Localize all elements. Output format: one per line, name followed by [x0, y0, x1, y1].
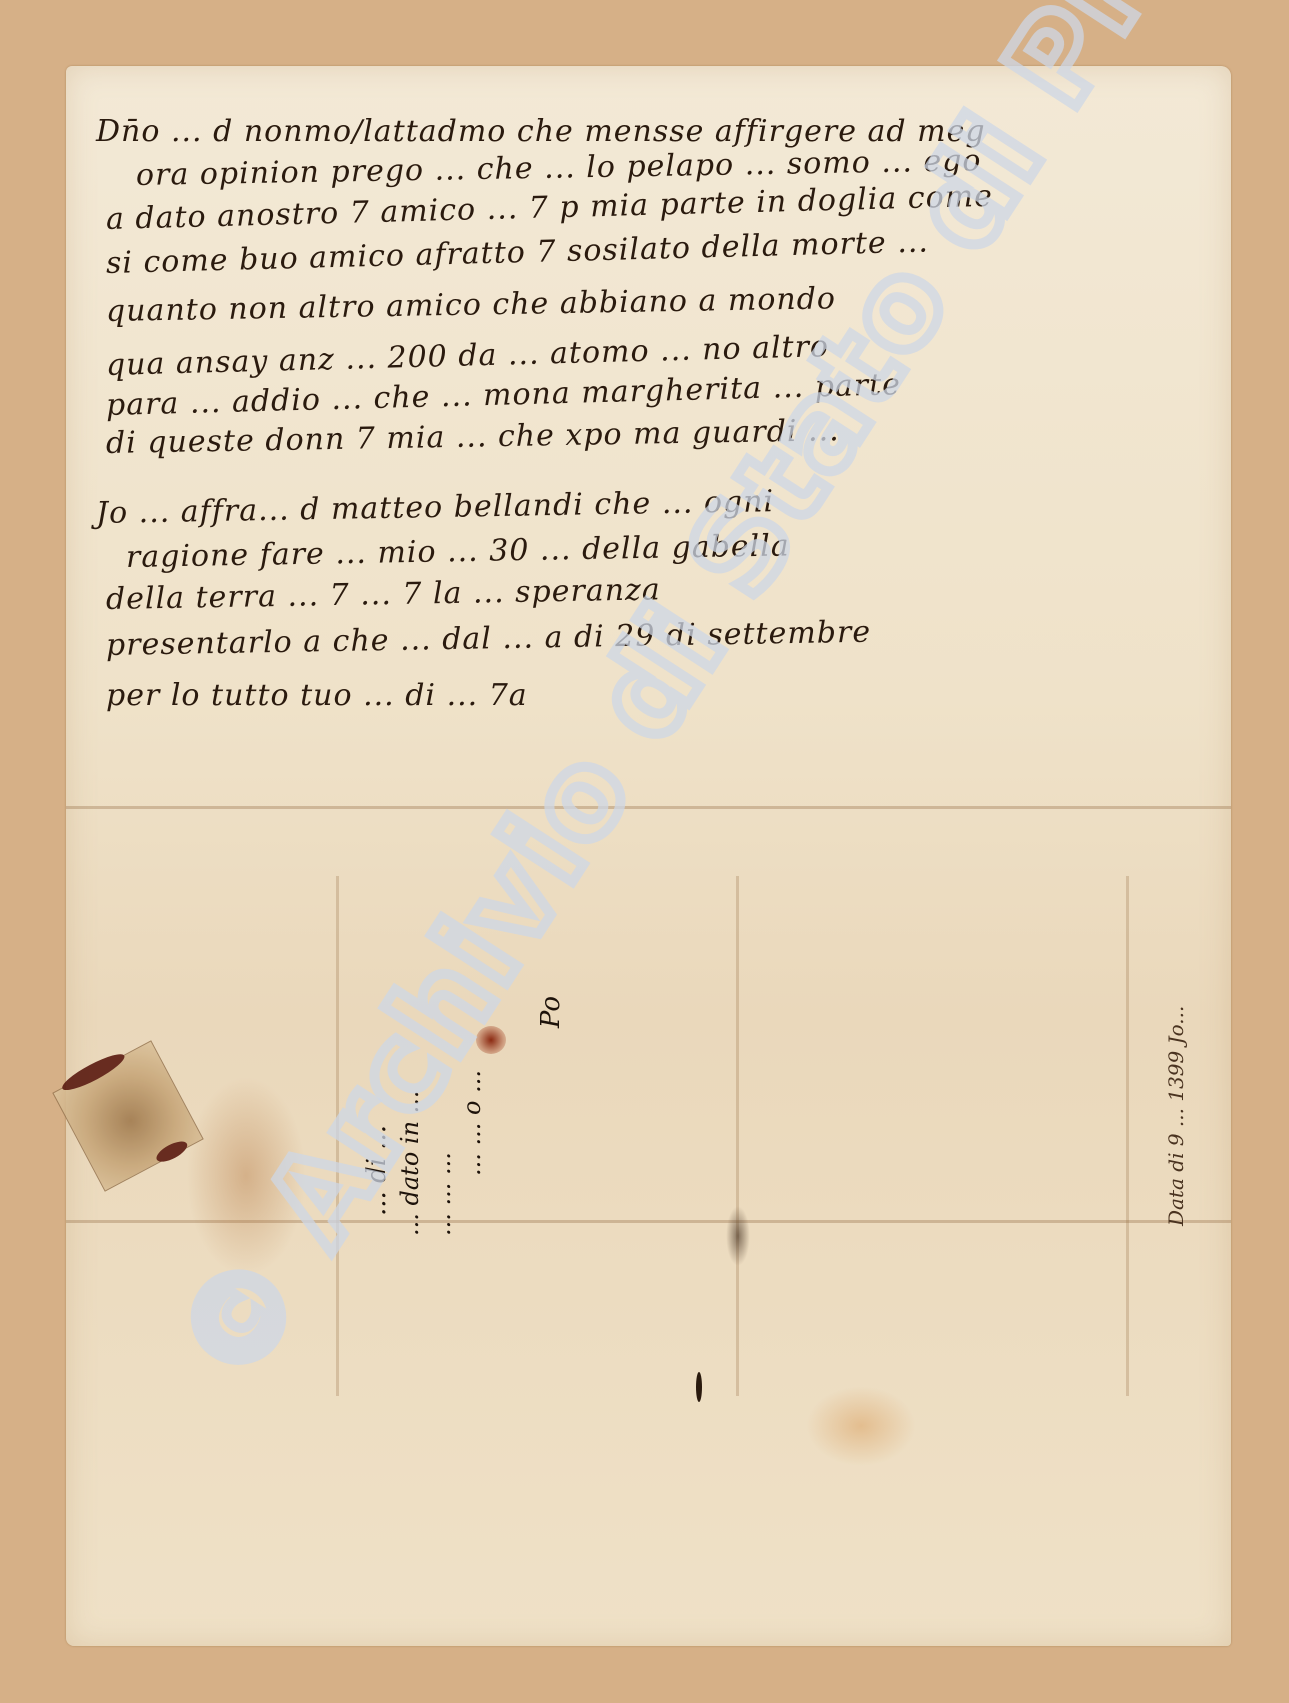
letter-line: Dn̄o ... d nonmo/lattadmo che mensse aff…: [96, 114, 986, 149]
docket-note: Data di 9 ... 1399 Jo...: [1164, 896, 1188, 1226]
letter-line: per lo tutto tuo ... di ... 7a: [106, 678, 528, 713]
fold-line-vertical: [1126, 876, 1129, 1396]
stain: [726, 1206, 750, 1266]
letter-line: della terra ... 7 ... 7 la ... speranza: [106, 572, 661, 617]
letter-line: quanto non altro amico che abbiano a mon…: [106, 281, 837, 329]
ink-mark: [696, 1372, 702, 1402]
manuscript-sheet: Dn̄o ... d nonmo/lattadmo che mensse aff…: [66, 66, 1231, 1646]
fold-line-vertical: [736, 876, 739, 1396]
stain: [806, 1386, 916, 1466]
address-mark: Po: [536, 996, 566, 1028]
